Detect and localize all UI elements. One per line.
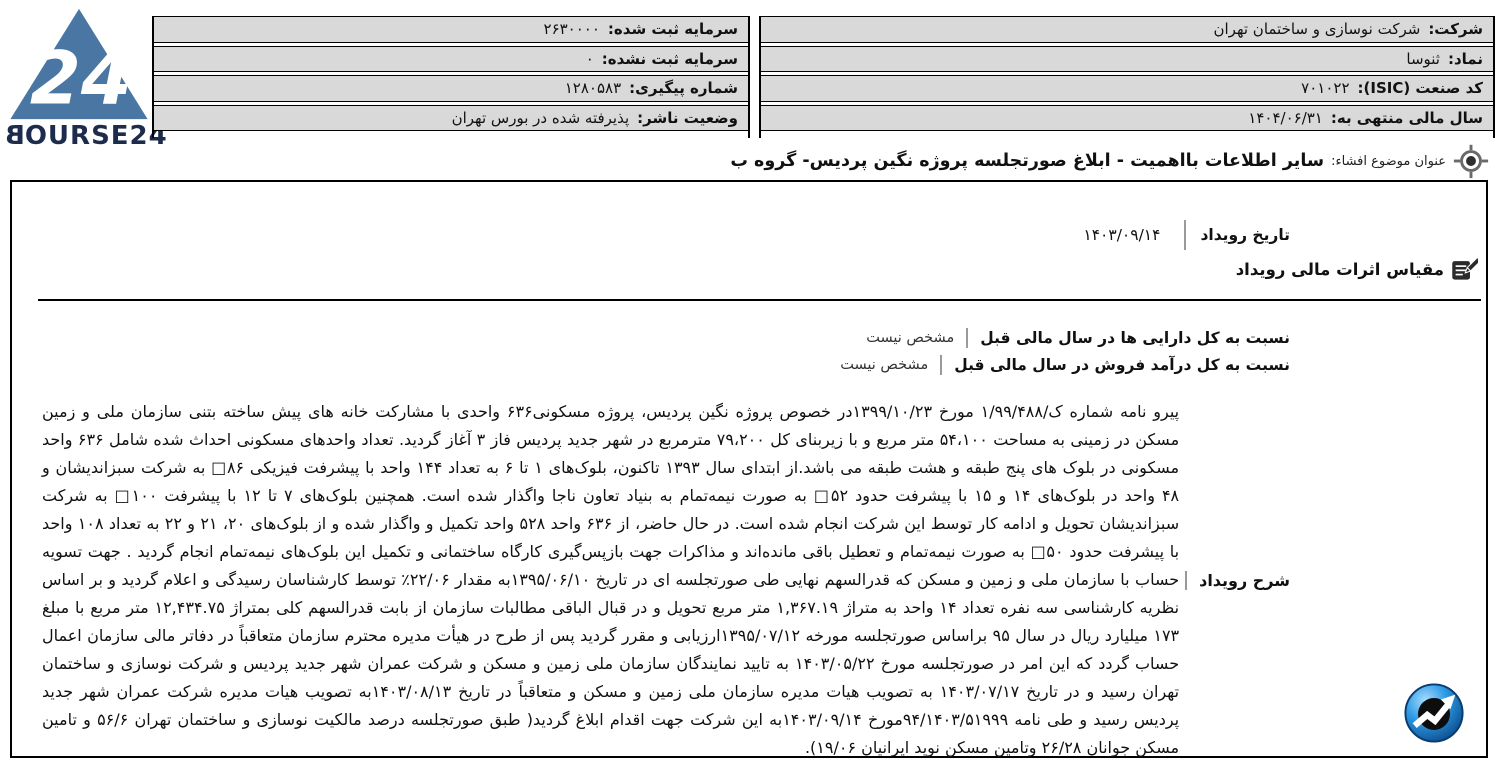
unregistered-capital-label: سرمایه ثبت نشده: bbox=[602, 50, 738, 68]
disclosure-title: سایر اطلاعات بااهمیت - ابلاغ صورتجلسه پر… bbox=[730, 151, 1324, 171]
table-row: وضعیت ناشر: پذیرفته شده در بورس تهران bbox=[154, 105, 748, 132]
edit-note-icon bbox=[1451, 256, 1478, 283]
disclosure-prefix: عنوان موضوع افشاء: bbox=[1331, 154, 1446, 169]
brand-rest: OURSE24 bbox=[25, 121, 168, 151]
company-info-tables: شرکت: شرکت نوسازی و ساختمان تهران نماد: … bbox=[152, 16, 1495, 138]
isic-value: ۷۰۱۰۲۲ bbox=[1301, 79, 1349, 97]
event-description-label: شرح رویداد bbox=[1185, 571, 1290, 590]
fiscal-year-value: ۱۴۰۴/۰۶/۳۱ bbox=[1248, 109, 1323, 127]
issuer-status-label: وضعیت ناشر: bbox=[637, 109, 738, 127]
company-table: شرکت: شرکت نوسازی و ساختمان تهران نماد: … bbox=[759, 16, 1495, 138]
table-row: کد صنعت (ISIC): ۷۰۱۰۲۲ bbox=[761, 75, 1493, 102]
revenue-ratio-row: نسبت به کل درآمد فروش در سال مالی قبل مش… bbox=[840, 355, 1290, 375]
table-row: شماره پیگیری: ۱۲۸۰۵۸۳ bbox=[154, 75, 748, 102]
isic-label: کد صنعت (ISIC): bbox=[1358, 79, 1484, 97]
table-row: شرکت: شرکت نوسازی و ساختمان تهران bbox=[761, 16, 1493, 43]
issuer-status-value: پذیرفته شده در بورس تهران bbox=[452, 109, 630, 127]
assets-ratio-row: نسبت به کل دارایی ها در سال مالی قبل مشخ… bbox=[866, 328, 1290, 348]
brand-first-letter: B bbox=[4, 123, 25, 149]
event-date-row: تاریخ رویداد ۱۴۰۳/۰۹/۱۴ bbox=[1083, 220, 1290, 250]
symbol-label: نماد: bbox=[1448, 50, 1483, 68]
event-date-value: ۱۴۰۳/۰۹/۱۴ bbox=[1083, 226, 1160, 244]
financial-impact-row: مقیاس اثرات مالی رویداد bbox=[1236, 256, 1478, 283]
financial-impact-title: مقیاس اثرات مالی رویداد bbox=[1236, 260, 1444, 279]
assets-ratio-label: نسبت به کل دارایی ها در سال مالی قبل bbox=[980, 329, 1290, 347]
event-description-row: شرح رویداد پیرو نامه شماره ک/۱/۹۹/۴۸۸ مو… bbox=[42, 398, 1290, 762]
capital-table: سرمایه ثبت شده: ۲۶۳۰۰۰۰ سرمایه ثبت نشده:… bbox=[152, 16, 750, 138]
divider bbox=[1184, 220, 1186, 250]
event-description-text: پیرو نامه شماره ک/۱/۹۹/۴۸۸ مورخ ۱۳۹۹/۱۰/… bbox=[42, 398, 1179, 762]
company-label: شرکت: bbox=[1428, 20, 1483, 38]
registered-capital-label: سرمایه ثبت شده: bbox=[608, 20, 738, 38]
brand-wordmark: BOURSE24 bbox=[4, 123, 154, 149]
table-row: نماد: ثنوسا bbox=[761, 46, 1493, 73]
crosshair-icon bbox=[1453, 143, 1489, 179]
unregistered-capital-value: ۰ bbox=[586, 50, 594, 68]
bourse24-logo: 24 BOURSE24 bbox=[4, 6, 154, 154]
disclosure-subject-row: عنوان موضوع افشاء: سایر اطلاعات بااهمیت … bbox=[200, 144, 1489, 178]
table-row: سرمایه ثبت شده: ۲۶۳۰۰۰۰ bbox=[154, 16, 748, 43]
company-value: شرکت نوسازی و ساختمان تهران bbox=[1213, 20, 1420, 38]
registered-capital-value: ۲۶۳۰۰۰۰ bbox=[544, 20, 600, 38]
bourse24-triangle-icon: 24 bbox=[6, 6, 152, 122]
divider bbox=[966, 328, 968, 348]
table-row: سال مالی منتهی به: ۱۴۰۴/۰۶/۳۱ bbox=[761, 105, 1493, 132]
table-row: سرمایه ثبت نشده: ۰ bbox=[154, 46, 748, 73]
symbol-value: ثنوسا bbox=[1406, 50, 1440, 68]
logo-number: 24 bbox=[30, 37, 132, 122]
tracking-number-value: ۱۲۸۰۵۸۳ bbox=[565, 79, 621, 97]
assets-ratio-value: مشخص نیست bbox=[866, 330, 954, 346]
revenue-ratio-label: نسبت به کل درآمد فروش در سال مالی قبل bbox=[954, 356, 1290, 374]
event-date-label: تاریخ رویداد bbox=[1200, 226, 1290, 244]
event-detail-box: تاریخ رویداد ۱۴۰۳/۰۹/۱۴ مقیاس اثرات مالی… bbox=[10, 180, 1488, 758]
divider bbox=[940, 355, 942, 375]
tracking-number-label: شماره پیگیری: bbox=[629, 79, 738, 97]
revenue-ratio-value: مشخص نیست bbox=[840, 357, 928, 373]
fiscal-year-label: سال مالی منتهی به: bbox=[1331, 109, 1483, 127]
chart-sphere-icon bbox=[1402, 682, 1466, 744]
divider bbox=[38, 299, 1481, 301]
